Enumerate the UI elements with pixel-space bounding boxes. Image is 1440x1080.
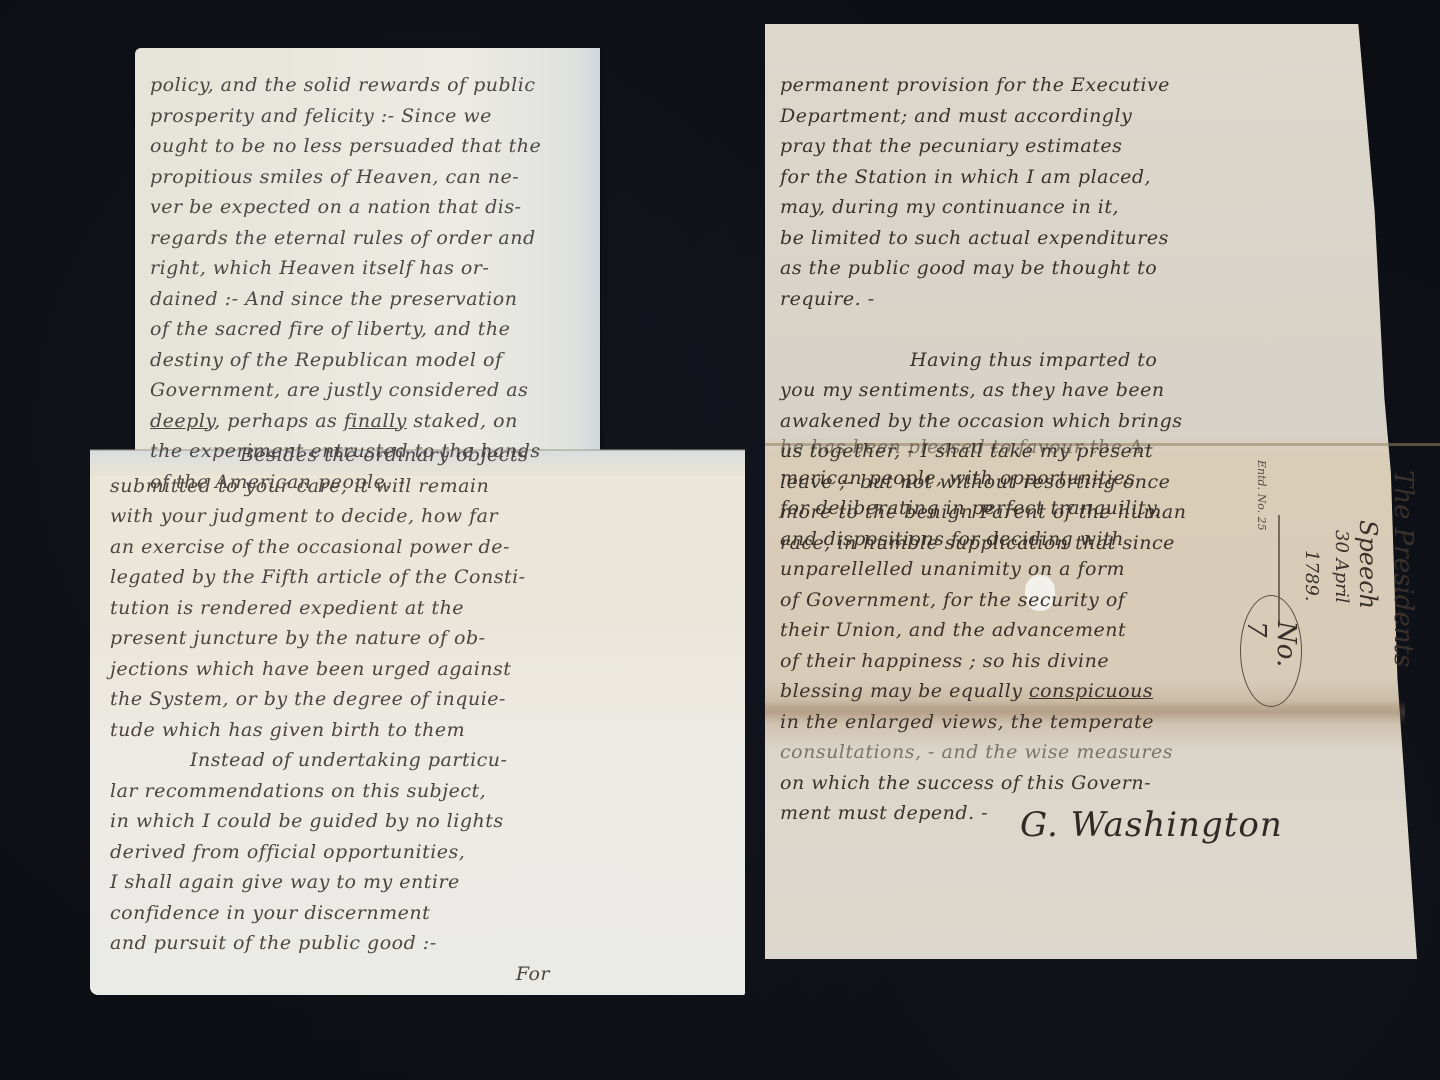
right-page-lower-text: he has been pleased to favour the A- mer… — [780, 432, 1250, 829]
manuscript-line: their Union, and the advancement — [780, 615, 1250, 646]
manuscript-line: of the sacred fire of liberty, and the — [150, 314, 590, 345]
manuscript-line: right, which Heaven itself has or- — [150, 253, 590, 284]
manuscript-line: Having thus imparted to — [780, 345, 1230, 376]
manuscript-line: submitted to your care, it will remain — [110, 471, 590, 502]
manuscript-line: jections which have been urged against — [110, 654, 590, 685]
manuscript-line: merican people, with opportunities — [780, 463, 1250, 494]
manuscript-line: as the public good may be thought to — [780, 253, 1230, 284]
manuscript-line: dained :- And since the preservation — [150, 284, 590, 315]
manuscript-line: Government, are justly considered as — [150, 375, 590, 406]
manuscript-line-faded: he has been pleased to favour the A- — [780, 432, 1250, 463]
manuscript-line: require. - — [780, 284, 1230, 315]
manuscript-line: tude which has given birth to them — [110, 715, 590, 746]
manuscript-line: lar recommendations on this subject, — [110, 776, 590, 807]
manuscript-line: with your judgment to decide, how far — [110, 501, 590, 532]
manuscript-line: legated by the Fifth article of the Cons… — [110, 562, 590, 593]
manuscript-line: derived from official opportunities, — [110, 837, 590, 868]
docket-number-oval: No. 7 — [1240, 595, 1302, 707]
manuscript-line: regards the eternal rules of order and — [150, 223, 590, 254]
manuscript-line: be limited to such actual expenditures — [780, 223, 1230, 254]
manuscript-line: Instead of undertaking particu- — [110, 745, 590, 776]
signature: G. Washington — [1020, 805, 1283, 845]
manuscript-line: policy, and the solid rewards of public — [150, 70, 590, 101]
docket-title: The Presidents — [1388, 470, 1418, 667]
manuscript-line: permanent provision for the Executive — [780, 70, 1230, 101]
manuscript-line-underlined: blessing may be equally conspicuous — [780, 676, 1250, 707]
manuscript-line: and dispositions for deciding with — [780, 524, 1250, 555]
left-page-lower-text: Besides the ordinary objects submitted t… — [110, 440, 590, 989]
manuscript-line: I shall again give way to my entire — [110, 867, 590, 898]
manuscript-line-underlined: deeply, perhaps as finally staked, on — [150, 406, 590, 437]
manuscript-line: and pursuit of the public good :- — [110, 928, 590, 959]
manuscript-line: of their happiness ; so his divine — [780, 646, 1250, 677]
manuscript-line: confidence in your discernment — [110, 898, 590, 929]
manuscript-line: an exercise of the occasional power de- — [110, 532, 590, 563]
docket-notation: The Presidents Speech 30 April 1789. Ent… — [1240, 440, 1430, 760]
docket-year: 1789. — [1301, 550, 1322, 602]
catchword: For — [110, 959, 590, 990]
manuscript-line: destiny of the Republican model of — [150, 345, 590, 376]
manuscript-line: tution is rendered expedient at the — [110, 593, 590, 624]
manuscript-line: in which I could be guided by no lights — [110, 806, 590, 837]
manuscript-line: the System, or by the degree of inquie- — [110, 684, 590, 715]
manuscript-line-faded: consultations, - and the wise measures — [780, 737, 1250, 768]
manuscript-line: on which the success of this Govern- — [780, 768, 1250, 799]
docket-date: 30 April — [1331, 530, 1352, 603]
manuscript-line: may, during my continuance in it, — [780, 192, 1230, 223]
manuscript-line: ver be expected on a nation that dis- — [150, 192, 590, 223]
docket-subtitle: Speech — [1354, 520, 1382, 609]
docket-side-note: Entd. No. 25 — [1255, 460, 1268, 531]
manuscript-line: present juncture by the nature of ob- — [110, 623, 590, 654]
left-page-upper-text: policy, and the solid rewards of public … — [150, 70, 590, 497]
docket-number: No. 7 — [1241, 621, 1301, 681]
manuscript-line: unparellelled unanimity on a form — [780, 554, 1250, 585]
manuscript-line: for deliberating in perfect tranquility, — [780, 493, 1250, 524]
manuscript-line: prosperity and felicity :- Since we — [150, 101, 590, 132]
manuscript-line: Besides the ordinary objects — [110, 440, 590, 471]
manuscript-line: Department; and must accordingly — [780, 101, 1230, 132]
spacer — [780, 314, 1230, 345]
manuscript-line: propitious smiles of Heaven, can ne- — [150, 162, 590, 193]
manuscript-line: in the enlarged views, the temperate — [780, 707, 1250, 738]
manuscript-line: ought to be no less persuaded that the — [150, 131, 590, 162]
manuscript-line: pray that the pecuniary estimates — [780, 131, 1230, 162]
manuscript-line: for the Station in which I am placed, — [780, 162, 1230, 193]
manuscript-line: you my sentiments, as they have been — [780, 375, 1230, 406]
manuscript-line: of Government, for the security of — [780, 585, 1250, 616]
